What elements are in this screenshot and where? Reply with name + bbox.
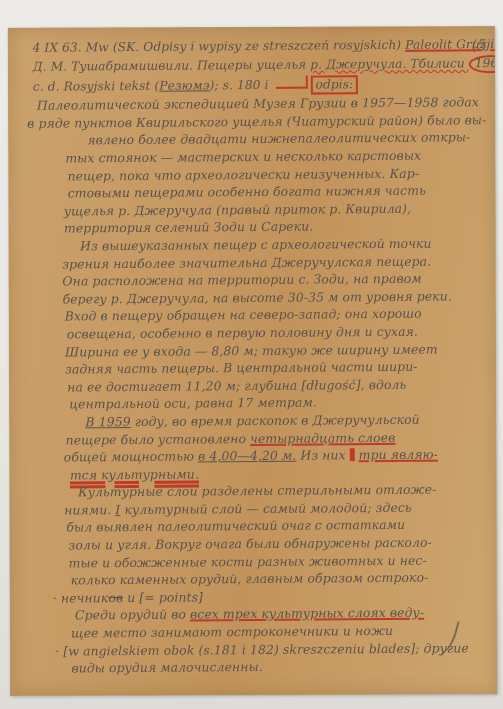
text-segment: ущелья р. Джеручула (правый приток р. Кв… <box>64 201 411 219</box>
text-segment: и [= points] <box>123 589 203 605</box>
handwritten-line: виды орудия малочисленны. <box>71 656 494 677</box>
text-segment: колько каменных орудий, главным образом … <box>71 570 429 588</box>
handwritten-line: Д. М. Тушабрамишвили. Пещеры ущелья р. Д… <box>33 55 490 78</box>
scan-background: (5 4 IX 63. Mw (SK. Odpisy i wypisy ze s… <box>0 0 503 709</box>
text-segment: · нечник <box>53 590 109 605</box>
annotated-text-red-underline: Paleolit Gruzji: <box>405 37 497 52</box>
text-segment: Ширина ее у входа — 8,80 м; такую же шир… <box>65 341 438 359</box>
text-segment: Д. М. Тушабрамишвили. Пещеры ущелья <box>33 58 311 74</box>
text-segment: общей мощностью <box>64 449 198 465</box>
text-segment: в ряде пунктов Квирильского ущелья (Чиат… <box>27 112 486 131</box>
text-segment: Она расположена на территории с. Зоди, н… <box>62 271 421 289</box>
annotated-text-red-step <box>275 75 307 88</box>
annotated-text-red-underline: три являю- <box>359 447 438 463</box>
annotated-text-underline: В 1959 <box>85 414 130 429</box>
text-segment: тые и обожженные кости разных животных и… <box>69 552 427 570</box>
text-segment: явлено более двадцати нижнепалеолитическ… <box>87 130 470 148</box>
annotated-text-underline: Резюмэ <box>159 78 209 92</box>
text-segment: Из вышеуказанных пещер с археологической… <box>80 236 432 254</box>
annotated-text-red-circle: 1963 <box>469 55 497 73</box>
text-segment: пещере было установлено <box>66 431 251 447</box>
annotated-text-red-underline: всех трех культурных слоях веду- <box>190 605 424 622</box>
annotated-text-underline: в 4,00—4,20 м. <box>198 448 296 464</box>
text-block: 4 IX 63. Mw (SK. Odpisy i wypisy ze stre… <box>26 35 494 677</box>
text-segment: Вход в пещеру обращен на северо-запад; о… <box>65 306 422 324</box>
text-segment: · [w angielskiem obok (s.181 i 182) skre… <box>55 640 469 658</box>
text-segment: c. d. Rosyjski tekst ( <box>33 79 160 94</box>
text-segment: щее место занимают остроконечники и ножи <box>71 623 393 641</box>
text-segment: задняя часть пещеры. В центральной части… <box>65 359 418 377</box>
text-segment: освещена, особенно в первую половину дня… <box>67 324 418 342</box>
annotated-text-strike: ов <box>108 590 123 605</box>
text-segment: Среди орудий во <box>75 607 190 623</box>
text-segment: зрения наиболее значительна Джеручулская… <box>62 253 431 271</box>
annotated-text-red-double: тся культурными. <box>70 466 199 482</box>
text-segment: на ее достигает 11,20 м; глубина [długoś… <box>67 377 406 395</box>
text-segment: берегу р. Джеручула, на высоте 30-35 м о… <box>62 288 451 306</box>
handwritten-line: зрения наиболее значительна Джеручулская… <box>62 252 491 273</box>
text-segment: Культурные слои разделены стерильными от… <box>78 482 436 500</box>
text-segment: Из них <box>296 447 349 462</box>
text-segment: центральной оси, равна 17 метрам. <box>69 395 317 412</box>
text-segment: ниями. <box>64 502 115 517</box>
text-segment: стовыми пещерами особенно богата нижняя … <box>68 183 426 201</box>
handwritten-line: золы и угля. Вокруг очага были обнаружен… <box>68 533 493 554</box>
text-segment: году, во время раскопок в Джеручульской <box>131 412 420 429</box>
text-segment: тых стоянок — мастерских и несколько кар… <box>65 148 421 166</box>
text-segment: 4 IX 63. Mw (SK. Odpisy i wypisy ze stre… <box>32 38 405 55</box>
handwritten-line: · [w angielskiem obok (s.181 i 182) skre… <box>55 639 494 660</box>
handwritten-line: Культурные слои разделены стерильными от… <box>78 480 493 501</box>
text-segment: ); s. 180 i <box>210 78 273 92</box>
text-segment: территория селений Зоди и Сареки. <box>64 219 313 236</box>
text-segment: пещер, пока что археологически неизученн… <box>67 165 419 183</box>
annotated-text-red-box: odpis: <box>310 75 358 94</box>
text-segment: культурный слой — самый молодой; здесь <box>120 500 411 517</box>
manuscript-paper: (5 4 IX 63. Mw (SK. Odpisy i wypisy ze s… <box>8 26 497 696</box>
text-segment: Палеолитической экспедицией Музея Грузии… <box>37 94 479 112</box>
text-segment: был выявлен палеолитический очаг с остат… <box>66 517 405 535</box>
text-segment: виды орудия малочисленны. <box>71 659 262 676</box>
annotated-text-red-wavy: р. Джеручула. Тбилиси <box>310 57 469 72</box>
text-segment: золы и угля. Вокруг очага были обнаружен… <box>68 535 431 553</box>
handwritten-line: Ширина ее у входа — 8,80 м; такую же шир… <box>65 340 492 361</box>
handwritten-line: общей мощностью в 4,00—4,20 м. Из них тр… <box>64 445 493 466</box>
annotated-text-red-underline: четырнадцать слоев <box>250 429 395 445</box>
handwritten-line: явлено более двадцати нижнепалеолитическ… <box>87 129 490 150</box>
